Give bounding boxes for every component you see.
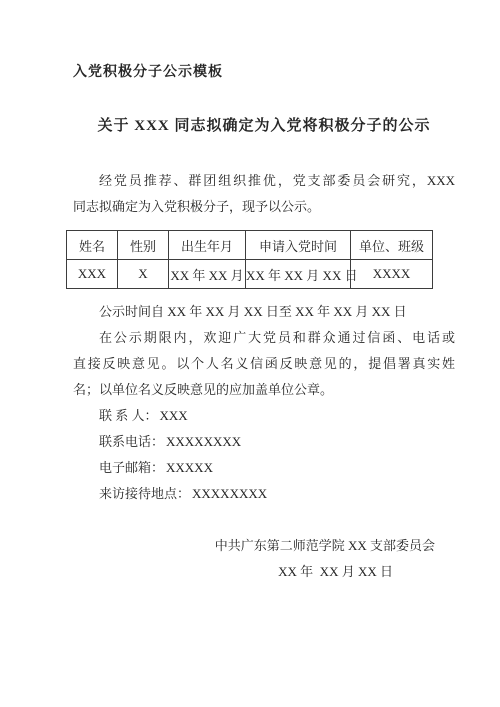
applicant-table: 姓名 性别 出生年月 申请入党时间 单位、班级 XXX X XX 年 XX 月 … bbox=[66, 230, 433, 289]
contact-visit-line: 来访接待地点：XXXXXXXX bbox=[73, 481, 455, 507]
table-header-cell: 姓名 bbox=[67, 231, 118, 260]
intro-paragraph: 经党员推荐、群团组织推优，党支部委员会研究，XXX 同志拟确定为入党积极分子，现… bbox=[73, 168, 455, 220]
table-header-row: 姓名 性别 出生年月 申请入党时间 单位、班级 bbox=[67, 231, 433, 260]
contact-label: 电子邮箱： bbox=[99, 460, 164, 475]
feedback-line: 名；以单位名义反映意见的应加盖单位公章。 bbox=[73, 377, 455, 403]
publicity-body: 公示时间自 XX 年 XX 月 XX 日至 XX 年 XX 月 XX 日 在公示… bbox=[73, 299, 455, 403]
signature-date: XX 年 XX 月 XX 日 bbox=[73, 559, 455, 585]
contact-value: XXXXXXXX bbox=[192, 486, 267, 501]
contact-value: XXXXX bbox=[166, 460, 213, 475]
contact-label: 来访接待地点： bbox=[99, 486, 190, 501]
intro-line: 同志拟确定为入党积极分子，现予以公示。 bbox=[73, 194, 455, 220]
table-cell: XXX bbox=[67, 260, 118, 289]
table-cell: X bbox=[118, 260, 169, 289]
table-row: XXX X XX 年 XX 月 XX 年 XX 月 XX 日 XXXX bbox=[67, 260, 433, 289]
signature-org: 中共广东第二师范学院 XX 支部委员会 bbox=[73, 533, 455, 559]
table-cell: XXXX bbox=[351, 260, 433, 289]
doc-template-label: 入党积极分子公示模板 bbox=[73, 64, 455, 82]
contact-email-line: 电子邮箱：XXXXX bbox=[73, 455, 455, 481]
table-header-cell: 申请入党时间 bbox=[246, 231, 351, 260]
contact-value: XXX bbox=[160, 408, 188, 423]
contact-block: 联 系 人：XXX 联系电话：XXXXXXXX 电子邮箱：XXXXX 来访接待地… bbox=[73, 403, 455, 507]
contact-label: 联系电话： bbox=[99, 434, 164, 449]
table-header-cell: 性别 bbox=[118, 231, 169, 260]
contact-person-line: 联 系 人：XXX bbox=[73, 403, 455, 429]
table-cell: XX 年 XX 月 XX 日 bbox=[246, 260, 351, 289]
publicity-period-line: 公示时间自 XX 年 XX 月 XX 日至 XX 年 XX 月 XX 日 bbox=[73, 299, 455, 325]
contact-value: XXXXXXXX bbox=[166, 434, 241, 449]
feedback-line: 在公示期限内，欢迎广大党员和群众通过信函、电话或 bbox=[73, 325, 455, 351]
feedback-line: 直接反映意见。以个人名义信函反映意见的，提倡署真实姓 bbox=[73, 351, 455, 377]
intro-line: 经党员推荐、群团组织推优，党支部委员会研究，XXX bbox=[73, 168, 455, 194]
table-cell: XX 年 XX 月 bbox=[169, 260, 246, 289]
contact-phone-line: 联系电话：XXXXXXXX bbox=[73, 429, 455, 455]
notice-title: 关于 XXX 同志拟确定为入党将积极分子的公示 bbox=[73, 116, 455, 136]
document-page: 入党积极分子公示模板 关于 XXX 同志拟确定为入党将积极分子的公示 经党员推荐… bbox=[0, 0, 500, 707]
contact-label: 联 系 人： bbox=[99, 408, 158, 423]
table-header-cell: 出生年月 bbox=[169, 231, 246, 260]
table-header-cell: 单位、班级 bbox=[351, 231, 433, 260]
signature-block: 中共广东第二师范学院 XX 支部委员会 XX 年 XX 月 XX 日 bbox=[73, 533, 455, 585]
